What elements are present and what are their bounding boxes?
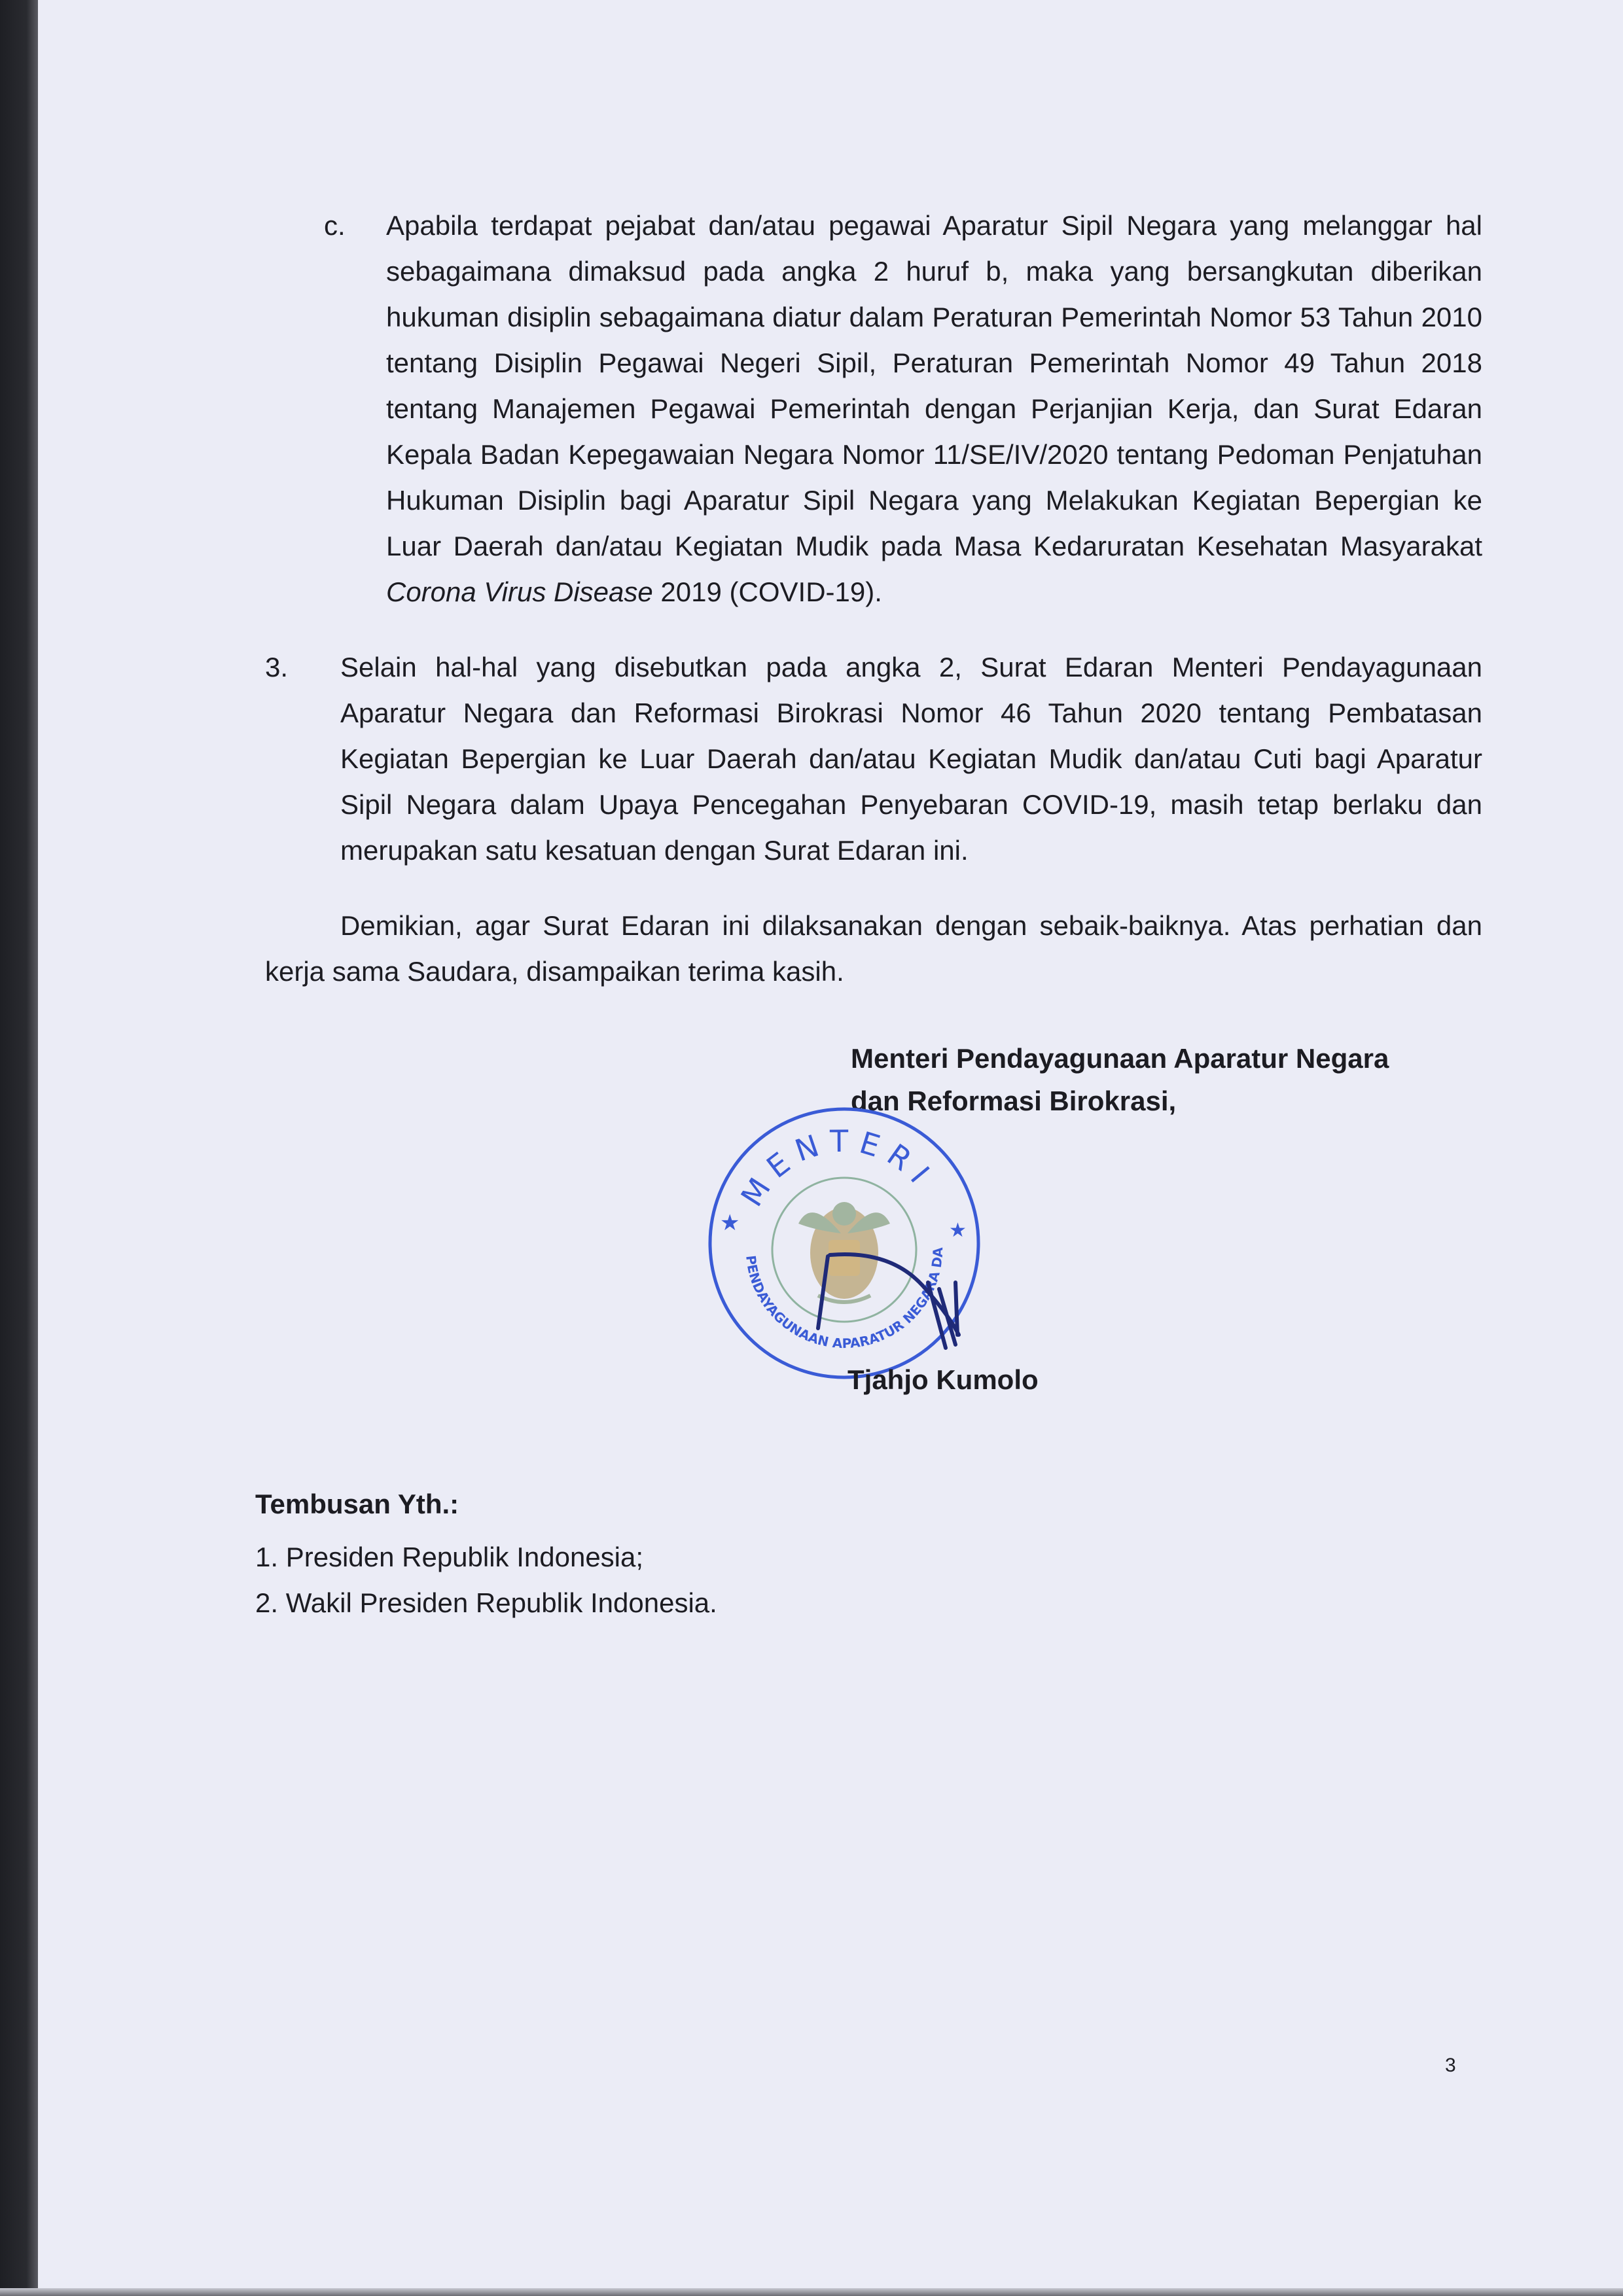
list-marker: 3. [265, 645, 288, 690]
carbon-copy-item: 2. Wakil Presiden Republik Indonesia. [255, 1580, 717, 1626]
italic-term: Corona Virus Disease [386, 576, 653, 607]
body-text: Apabila terdapat pejabat dan/atau pegawa… [386, 210, 1482, 561]
svg-text:★: ★ [720, 1210, 740, 1235]
scan-edge-bottom [0, 2288, 1623, 2296]
list-marker: c. [324, 203, 346, 249]
list-item-body: Apabila terdapat pejabat dan/atau pegawa… [386, 203, 1482, 615]
scan-edge-left [0, 0, 38, 2296]
carbon-copy-title: Tembusan Yth.: [255, 1489, 459, 1520]
carbon-copy-list: 1. Presiden Republik Indonesia; 2. Wakil… [255, 1534, 717, 1626]
carbon-copy-item: 1. Presiden Republik Indonesia; [255, 1534, 717, 1580]
body-text: 2019 (COVID-19). [653, 576, 882, 607]
signatory-name: Tjahjo Kumolo [847, 1364, 1039, 1396]
page-number: 3 [1445, 2055, 1456, 2077]
list-item-body: Selain hal-hal yang disebutkan pada angk… [340, 645, 1482, 874]
closing-paragraph: Demikian, agar Surat Edaran ini dilaksan… [265, 903, 1482, 995]
signatory-title-line-1: Menteri Pendayagunaan Aparatur Negara [851, 1037, 1389, 1080]
